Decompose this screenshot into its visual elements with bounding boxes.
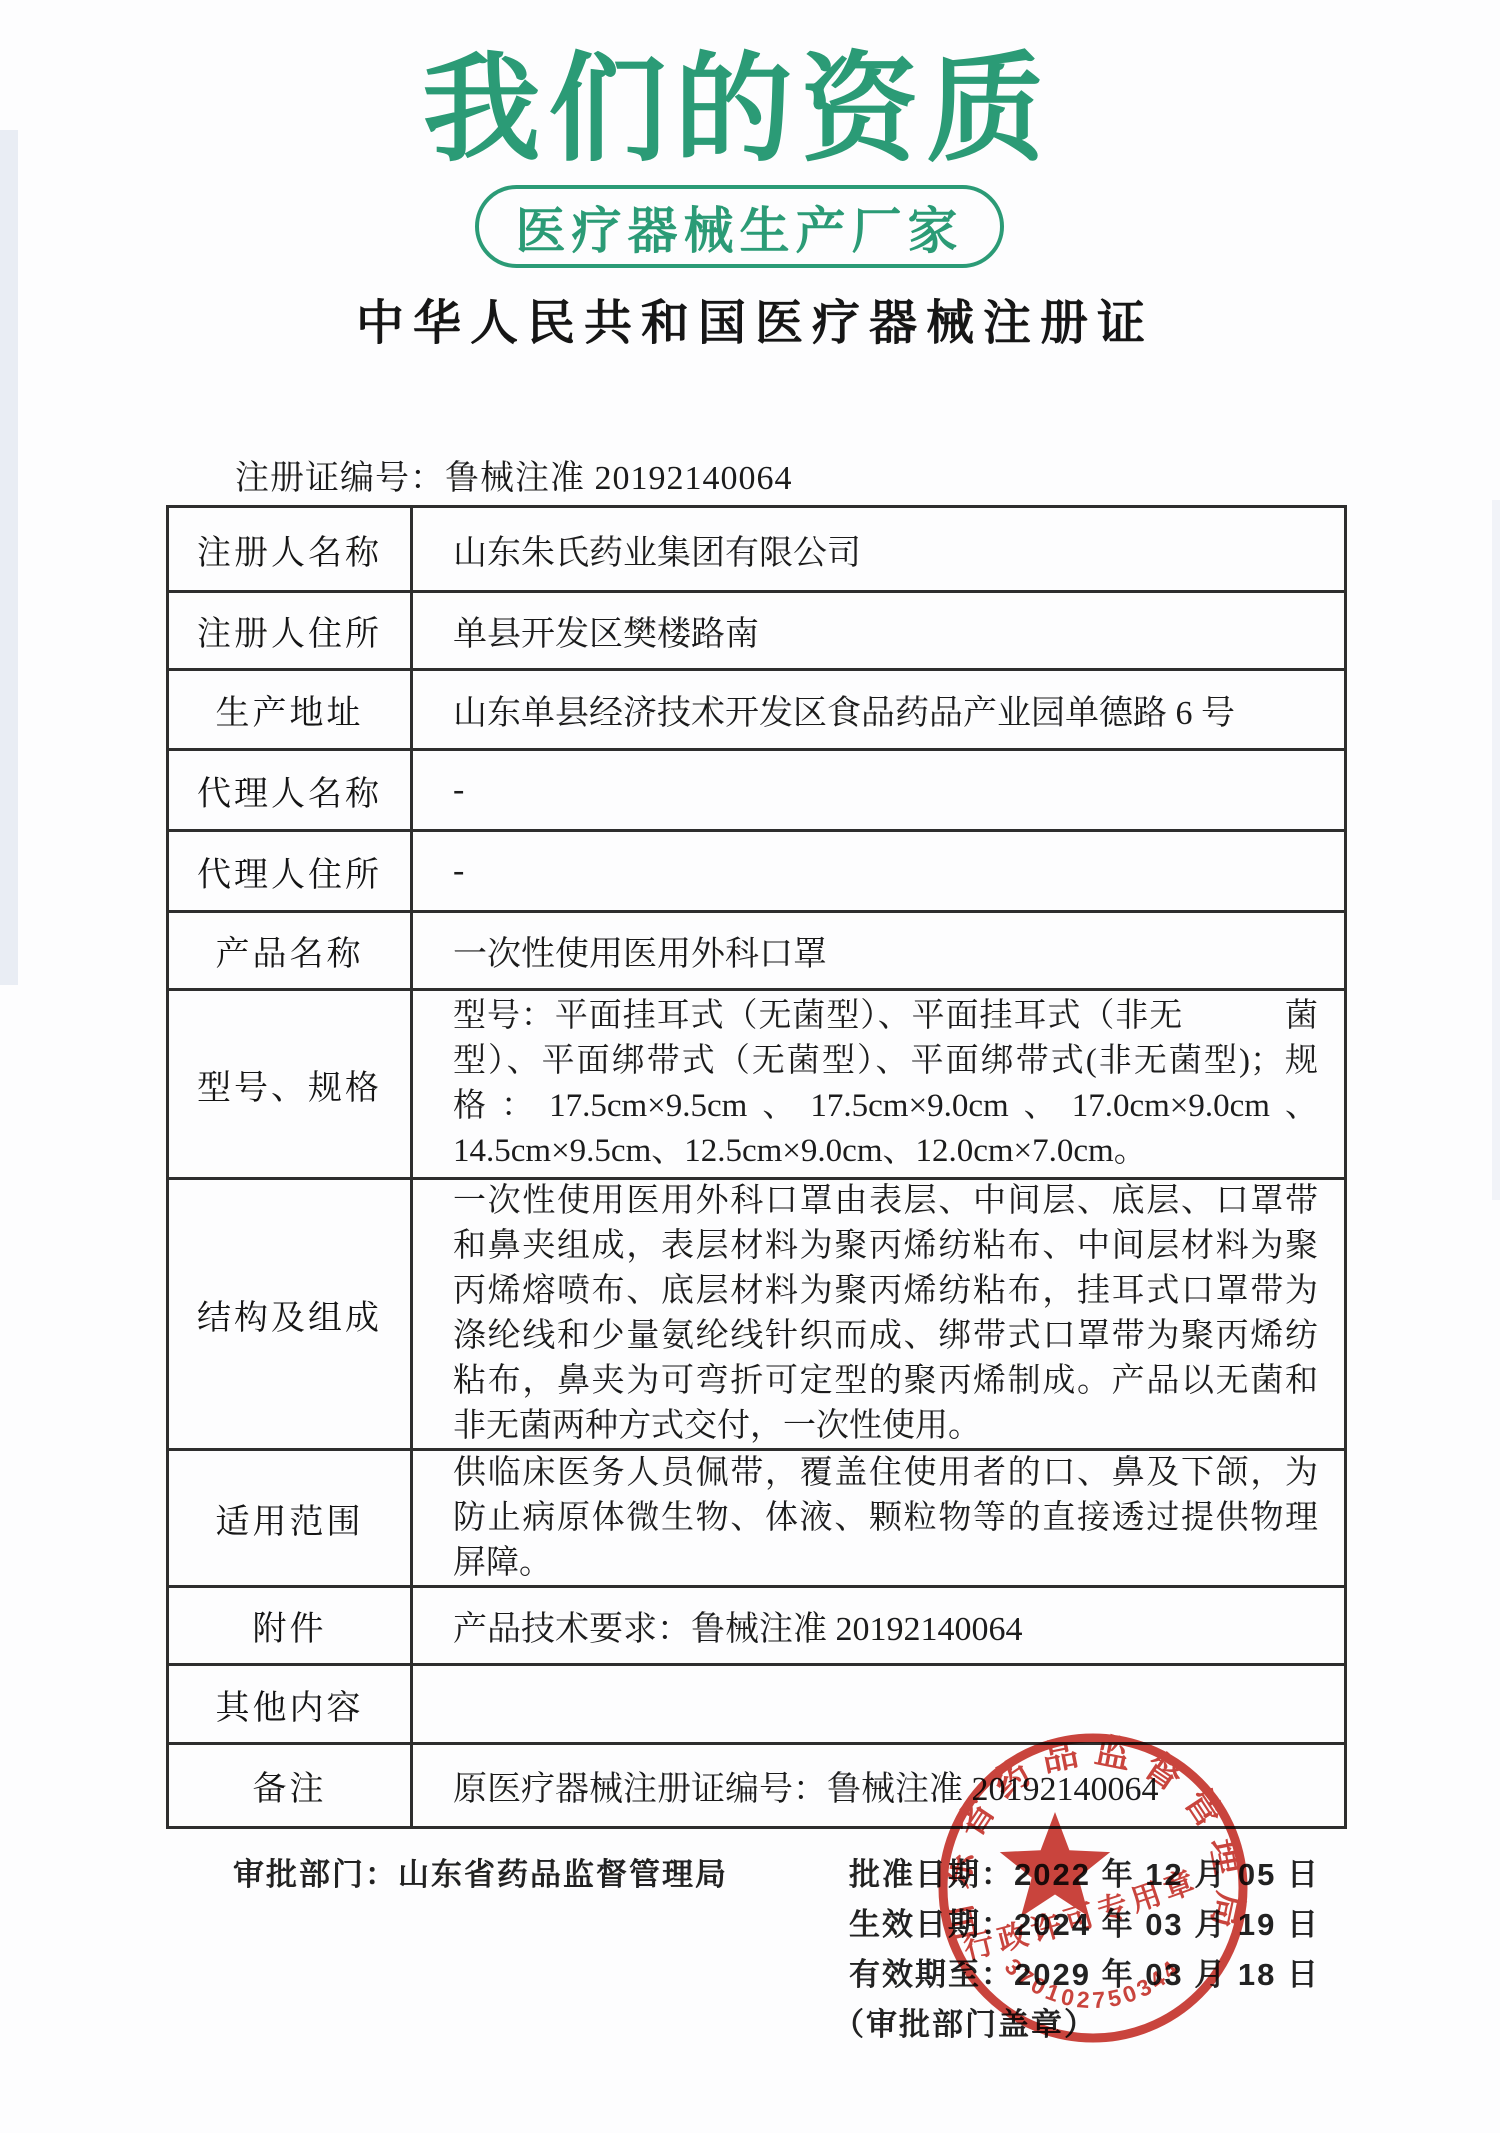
table-row-agent-name: 代理人名称 - [169, 751, 1344, 832]
value-line: 粘布，鼻夹为可弯折可定型的聚丙烯制成。产品以无菌和 [453, 1359, 1318, 1404]
row-label: 附件 [169, 1588, 413, 1663]
row-value: - [413, 832, 1344, 910]
table-row-scope: 适用范围 供临床医务人员佩带，覆盖住使用者的口、鼻及下颌，为 防止病原体微生物、… [169, 1451, 1344, 1588]
row-label: 注册人住所 [169, 593, 413, 668]
table-row-structure: 结构及组成 一次性使用医用外科口罩由表层、中间层、底层、口罩带 和鼻夹组成，表层… [169, 1180, 1344, 1451]
value-line: 型）、平面绑带式（无菌型）、平面绑带式(非无菌型)；规 [453, 1039, 1318, 1084]
effective-date-line: 生效日期：2024 年 03 月 19 日 [849, 1899, 1320, 1944]
row-value: 型号：平面挂耳式（无菌型）、平面挂耳式（非无 菌 型）、平面绑带式（无菌型）、平… [413, 991, 1344, 1177]
value-line: 14.5cm×9.5cm、12.5cm×9.0cm、12.0cm×7.0cm。 [453, 1129, 1318, 1174]
row-label: 备注 [169, 1745, 413, 1826]
row-label: 型号、规格 [169, 991, 413, 1177]
table-row-product-name: 产品名称 一次性使用医用外科口罩 [169, 913, 1344, 991]
row-label: 适用范围 [169, 1451, 413, 1585]
table-row-remarks: 备注 原医疗器械注册证编号：鲁械注准 20192140064 [169, 1745, 1344, 1826]
table-row-attachment: 附件 产品技术要求：鲁械注准 20192140064 [169, 1588, 1344, 1666]
row-value: 一次性使用医用外科口罩 [413, 913, 1344, 988]
row-label: 生产地址 [169, 671, 413, 748]
row-label: 注册人名称 [169, 508, 413, 590]
table-row-registrant-name: 注册人名称 山东朱氏药业集团有限公司 [169, 508, 1344, 593]
row-label: 代理人名称 [169, 751, 413, 829]
approve-date-line: 批准日期：2022 年 12 月 05 日 [849, 1849, 1320, 1894]
row-label: 结构及组成 [169, 1180, 413, 1448]
value-line: 一次性使用医用外科口罩由表层、中间层、底层、口罩带 [453, 1179, 1318, 1224]
scan-artifact-left [0, 130, 18, 985]
row-label: 产品名称 [169, 913, 413, 988]
row-label: 代理人住所 [169, 832, 413, 910]
table-row-registrant-address: 注册人住所 单县开发区樊楼路南 [169, 593, 1344, 671]
row-value: - [413, 751, 1344, 829]
row-label: 其他内容 [169, 1666, 413, 1742]
value-line: 非无菌两种方式交付，一次性使用。 [453, 1404, 1318, 1449]
registration-number-line: 注册证编号：鲁械注准 20192140064 [235, 450, 793, 499]
row-value: 山东朱氏药业集团有限公司 [413, 508, 1344, 590]
table-row-production-address: 生产地址 山东单县经济技术开发区食品药品产业园单德路 6 号 [169, 671, 1344, 751]
row-value: 原医疗器械注册证编号：鲁械注准 20192140064 [413, 1745, 1344, 1826]
manufacturer-badge: 医疗器械生产厂家 [475, 185, 1004, 268]
row-value: 供临床医务人员佩带，覆盖住使用者的口、鼻及下颌，为 防止病原体微生物、体液、颗粒… [413, 1451, 1344, 1585]
table-row-model-spec: 型号、规格 型号：平面挂耳式（无菌型）、平面挂耳式（非无 菌 型）、平面绑带式（… [169, 991, 1344, 1180]
approval-dept-line: 审批部门：山东省药品监督管理局 [233, 1849, 728, 1894]
row-value: 单县开发区樊楼路南 [413, 593, 1344, 668]
seal-note-line: （审批部门盖章） [833, 1999, 1097, 2044]
value-line: 供临床医务人员佩带，覆盖住使用者的口、鼻及下颌，为 [453, 1451, 1318, 1496]
row-value: 山东单县经济技术开发区食品药品产业园单德路 6 号 [413, 671, 1344, 748]
scan-artifact-right [1492, 500, 1500, 1200]
row-value [413, 1666, 1344, 1742]
value-line: 涤纶线和少量氨纶线针织而成、绑带式口罩带为聚丙烯纺 [453, 1314, 1318, 1359]
valid-until-line: 有效期至：2029 年 03 月 18 日 [849, 1949, 1320, 1994]
value-line: 丙烯熔喷布、底层材料为聚丙烯纺粘布，挂耳式口罩带为 [453, 1269, 1318, 1314]
value-line: 和鼻夹组成，表层材料为聚丙烯纺粘布、中间层材料为聚 [453, 1224, 1318, 1269]
certificate-page: 我们的资质 医疗器械生产厂家 中华人民共和国医疗器械注册证 注册证编号：鲁械注准… [0, 0, 1500, 2133]
value-line: 防止病原体微生物、体液、颗粒物等的直接透过提供物理 [453, 1496, 1318, 1541]
manufacturer-badge-label: 医疗器械生产厂家 [516, 191, 964, 263]
row-value: 产品技术要求：鲁械注准 20192140064 [413, 1588, 1344, 1663]
certificate-title: 中华人民共和国医疗器械注册证 [0, 284, 1500, 353]
certificate-table: 注册人名称 山东朱氏药业集团有限公司 注册人住所 单县开发区樊楼路南 生产地址 … [166, 505, 1347, 1829]
table-row-agent-address: 代理人住所 - [169, 832, 1344, 913]
table-row-other-content: 其他内容 [169, 1666, 1344, 1745]
value-line: 格：17.5cm×9.5cm、17.5cm×9.0cm、17.0cm×9.0cm… [453, 1084, 1318, 1129]
row-value: 一次性使用医用外科口罩由表层、中间层、底层、口罩带 和鼻夹组成，表层材料为聚丙烯… [413, 1180, 1344, 1448]
page-title: 我们的资质 [0, 14, 1475, 184]
value-line: 屏障。 [453, 1541, 1318, 1586]
value-line: 型号：平面挂耳式（无菌型）、平面挂耳式（非无 菌 [453, 994, 1318, 1039]
